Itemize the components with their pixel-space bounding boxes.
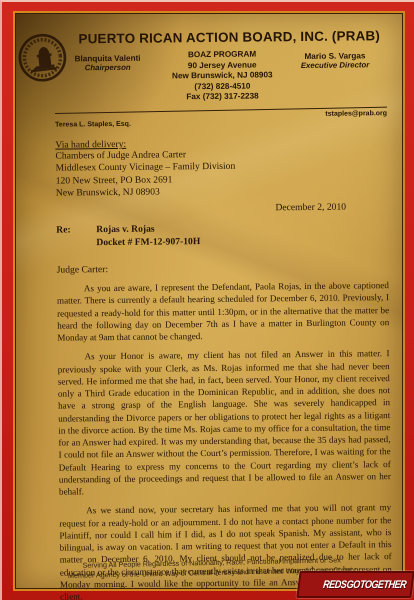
letterhead-columns: Blanquita Valenti Chairperson BOAZ PROGR… [54, 48, 387, 104]
body-paragraph-1: As you are aware, I represent the Defend… [57, 279, 390, 344]
director-block: Mario S. Vargas Executive Director [283, 48, 386, 102]
re-lines: Rojas v. Rojas Docket # FM-12-907-10H [96, 223, 200, 249]
salutation: Judge Carter: [57, 261, 389, 275]
docket-number: Docket # FM-12-907-10H [96, 236, 200, 250]
program-fax: Fax (732) 317-2238 [161, 92, 284, 104]
letter-paper: PUERTO RICAN ACTION BOARD, INC. (PRAB) B… [15, 13, 403, 589]
prab-seal-icon [15, 30, 70, 85]
org-name: PUERTO RICAN ACTION BOARD, INC. (PRAB) [72, 28, 386, 46]
watermark-text: REDS GO TOGETHER [322, 579, 406, 591]
recipient-address-block: Chambers of Judge Andrea Carter Middlese… [55, 147, 388, 200]
director-title: Executive Director [284, 60, 387, 70]
re-label: Re: [56, 224, 96, 250]
re-block: Re: Rojas v. Rojas Docket # FM-12-907-10… [56, 221, 388, 250]
body-paragraph-2: As your Honor is aware, my client has no… [58, 348, 392, 498]
photo-frame: PUERTO RICAN ACTION BOARD, INC. (PRAB) B… [0, 0, 414, 600]
letter-date: December 2, 2010 [56, 202, 346, 216]
chairperson-title: Chairperson [55, 62, 161, 72]
case-name: Rojas v. Rojas [96, 223, 200, 237]
letter-content: PUERTO RICAN ACTION BOARD, INC. (PRAB) B… [13, 12, 405, 590]
program-block: BOAZ PROGRAM 90 Jersey Avenue New Brunsw… [161, 49, 284, 103]
recipient-line: New Brunswick, NJ 08903 [56, 185, 388, 201]
program-address2: New Brunswick, NJ 08903 [161, 70, 284, 82]
photo-watermark: REDS GO TOGETHER [296, 571, 414, 598]
chairperson-block: Blanquita Valenti Chairperson [54, 50, 161, 104]
